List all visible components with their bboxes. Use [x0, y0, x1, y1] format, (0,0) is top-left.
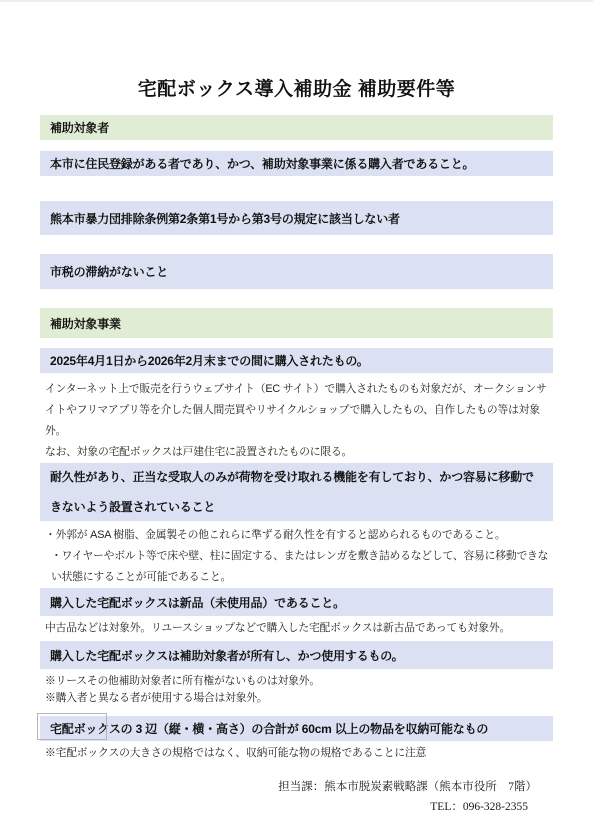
requirement-anti-gang-ordinance: 熊本市暴力団排除条例第2条第1号から第3号の規定に該当しない者 — [40, 201, 553, 235]
requirement-label: 宅配ボックスの 3 辺（縦・横・高さ）の合計が 60cm 以上の物品を収納可能な… — [50, 720, 488, 737]
requirement-size-60cm: 宅配ボックスの 3 辺（縦・横・高さ）の合計が 60cm 以上の物品を収納可能な… — [40, 716, 553, 741]
requirement-label: 熊本市暴力団排除条例第2条第1号から第3号の規定に該当しない者 — [50, 210, 400, 227]
section-header-label: 補助対象事業 — [50, 315, 121, 332]
document-content: 宅配ボックス導入補助金 補助要件等 補助対象者 本市に住民登録がある者であり、か… — [40, 2, 553, 816]
note-ownership-exclusions: ※リースその他補助対象者に所有権がないものは対象外。 ※購入者と異なる者が使用す… — [40, 673, 553, 707]
requirement-ownership-and-use: 購入した宅配ボックスは補助対象者が所有し、かつ使用するもの。 — [40, 641, 553, 669]
requirement-label: 購入した宅配ボックスは新品（未使用品）であること。 — [50, 594, 345, 611]
note-used-items-excluded: 中古品などは対象外。リユースショップなどで購入した宅配ボックスは新古品であっても… — [40, 621, 553, 635]
page-title: 宅配ボックス導入補助金 補助要件等 — [40, 76, 553, 104]
requirement-label: 本市に住民登録がある者であり、かつ、補助対象事業に係る購入者であること。 — [50, 155, 474, 172]
note-durability-details: ・外郭が ASA 樹脂、金属製その他これらに準ずる耐久性を有すると認められるもの… — [40, 525, 553, 588]
requirement-brand-new: 購入した宅配ボックスは新品（未使用品）であること。 — [40, 588, 553, 616]
note-size-standard: ※宅配ボックスの大きさの規格ではなく、収納可能な物の規格であることに注意 — [40, 746, 553, 760]
requirement-no-tax-delinquency: 市税の滞納がないこと — [40, 254, 553, 289]
section-header-subsidy-eligible-person: 補助対象者 — [40, 115, 553, 140]
requirement-durability-and-fixation: 耐久性があり、正当な受取人のみが荷物を受け取れる機能を有しており、かつ容易に移動… — [40, 463, 553, 521]
requirement-resident-registration: 本市に住民登録がある者であり、かつ、補助対象事業に係る購入者であること。 — [40, 151, 553, 176]
footer: 担当課：熊本市脱炭素戦略課（熊本市役所 7階） TEL：096-328-2355 — [40, 779, 553, 816]
requirement-label: 耐久性があり、正当な受取人のみが荷物を受け取れる機能を有しており、かつ容易に移動… — [50, 462, 543, 522]
footer-department: 担当課：熊本市脱炭素戦略課（熊本市役所 7階） — [40, 779, 537, 796]
requirement-label: 市税の滞納がないこと — [50, 263, 168, 280]
note-purchase-channels: インターネット上で販売を行うウェブサイト（EC サイト）で購入されたものも対象だ… — [40, 379, 553, 463]
footer-tel: TEL：096-328-2355 — [40, 799, 528, 816]
requirement-label: 2025年4月1日から2026年2月末までの間に購入されたもの。 — [50, 352, 369, 369]
requirement-label: 購入した宅配ボックスは補助対象者が所有し、かつ使用するもの。 — [50, 647, 403, 664]
document-page: 宅配ボックス導入補助金 補助要件等 補助対象者 本市に住民登録がある者であり、か… — [0, 0, 593, 840]
requirement-purchase-period: 2025年4月1日から2026年2月末までの間に購入されたもの。 — [40, 348, 553, 373]
section-header-subsidy-eligible-business: 補助対象事業 — [40, 308, 553, 338]
section-header-label: 補助対象者 — [50, 119, 109, 136]
